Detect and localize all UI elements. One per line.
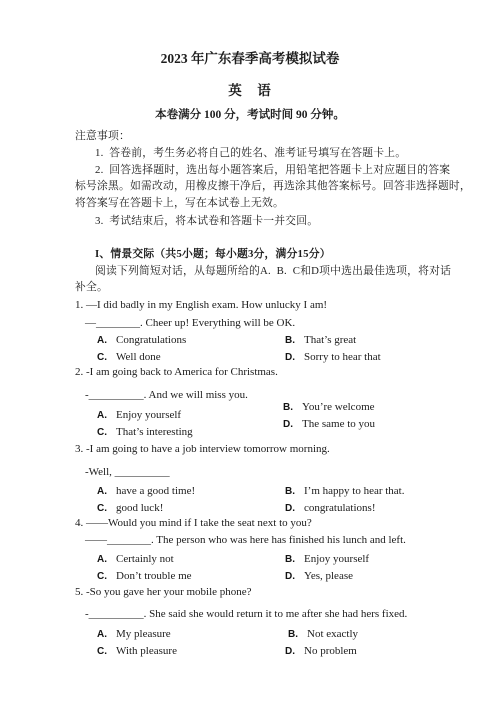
q1-option-a-letter: A.	[97, 334, 110, 347]
q1-option-d-letter: D.	[285, 351, 298, 364]
q5-option-c-letter: C.	[97, 645, 110, 658]
exam-page: 2023 年广东春季高考模拟试卷 英 语 本卷满分 100 分，考试时间 90 …	[0, 0, 500, 707]
q5-option-b-text: Not exactly	[307, 628, 358, 640]
q3-option-a: A.have a good time!	[97, 483, 195, 498]
q4-option-d: D.Yes, please	[285, 568, 353, 583]
q5-option-b: B.Not exactly	[288, 626, 358, 641]
q5-option-d-text: No problem	[304, 645, 357, 657]
q3-blank-line: -Well, __________	[85, 466, 170, 479]
q2-option-d: D.The same to you	[283, 416, 375, 431]
q1-option-a-text: Congratulations	[116, 334, 186, 346]
q4-option-d-letter: D.	[285, 570, 298, 583]
q5-option-d-letter: D.	[285, 645, 298, 658]
q2-option-b-text: You’re welcome	[302, 401, 375, 413]
notice-heading: 注意事项：	[75, 130, 130, 143]
q4-option-c-text: Don’t trouble me	[116, 570, 192, 582]
page-title: 2023 年广东春季高考模拟试卷	[0, 52, 500, 65]
section-instruction-line-2: 补全。	[75, 281, 108, 294]
notice-line-2-cont: 标号涂黑。如需改动，用橡皮擦干净后，再选涂其他答案标号。回答非选择题时，	[75, 180, 471, 193]
q2-option-b: B.You’re welcome	[283, 399, 375, 414]
section-heading: I、情景交际（共5小题；每小题3分，满分15分）	[95, 248, 331, 261]
q2-option-c: C.That’s interesting	[97, 424, 193, 439]
q5-option-b-letter: B.	[288, 628, 301, 641]
q2-option-c-text: That’s interesting	[116, 426, 193, 438]
exam-info: 本卷满分 100 分，考试时间 90 分钟。	[0, 109, 500, 122]
q1-blank-line: —________. Cheer up! Everything will be …	[85, 317, 295, 330]
q2-option-d-text: The same to you	[302, 418, 375, 430]
notice-line-2-cont2: 将答案写在答题卡上，写在本试卷上无效。	[75, 197, 284, 210]
q3-option-b-text: I’m happy to hear that.	[304, 485, 405, 497]
q4-option-a: A.Certainly not	[97, 551, 174, 566]
subject-title: 英 语	[0, 84, 500, 97]
notice-line-1: 1. 答卷前，考生务必将自己的姓名、准考证号填写在答题卡上。	[95, 147, 406, 160]
q3-option-c-text: good luck!	[116, 502, 163, 514]
q2-option-a-letter: A.	[97, 409, 110, 422]
notice-line-3: 3. 考试结束后，将本试卷和答题卡一并交回。	[95, 215, 318, 228]
q1-option-c-letter: C.	[97, 351, 110, 364]
q1-option-b: B.That’s great	[285, 332, 356, 347]
q2-blank-line: -__________. And we will miss you.	[85, 389, 248, 402]
q1-option-b-text: That’s great	[304, 334, 356, 346]
q4-option-a-letter: A.	[97, 553, 110, 566]
q5-option-c: C.With pleasure	[97, 643, 177, 658]
q2-option-b-letter: B.	[283, 401, 296, 414]
q3-option-c: C.good luck!	[97, 500, 163, 515]
q1-option-d: D.Sorry to hear that	[285, 349, 381, 364]
q4-option-c-letter: C.	[97, 570, 110, 583]
q3-option-d-text: congratulations!	[304, 502, 375, 514]
q2-option-d-letter: D.	[283, 418, 296, 431]
q4-option-d-text: Yes, please	[304, 570, 353, 582]
q5-option-a: A.My pleasure	[97, 626, 171, 641]
q5-blank-line: -__________. She said she would return i…	[85, 608, 407, 621]
notice-line-2: 2. 回答选择题时，选出每小题答案后，用铅笔把答题卡上对应题目的答案	[95, 164, 450, 177]
q3-stem: 3. -I am going to have a job interview t…	[75, 443, 330, 456]
q3-option-d-letter: D.	[285, 502, 298, 515]
q4-blank-line: ——________. The person who was here has …	[85, 534, 406, 547]
q2-option-a-text: Enjoy yourself	[116, 409, 181, 421]
q3-option-a-letter: A.	[97, 485, 110, 498]
q1-option-c-text: Well done	[116, 351, 161, 363]
q2-option-a: A.Enjoy yourself	[97, 407, 181, 422]
q3-option-d: D.congratulations!	[285, 500, 375, 515]
q4-option-b: B.Enjoy yourself	[285, 551, 369, 566]
q1-stem: 1. —I did badly in my English exam. How …	[75, 299, 327, 312]
q5-option-d: D.No problem	[285, 643, 357, 658]
q3-option-c-letter: C.	[97, 502, 110, 515]
q5-stem: 5. -So you gave her your mobile phone?	[75, 586, 252, 599]
q5-option-a-letter: A.	[97, 628, 110, 641]
q4-option-c: C.Don’t trouble me	[97, 568, 192, 583]
q1-option-d-text: Sorry to hear that	[304, 351, 381, 363]
q3-option-b-letter: B.	[285, 485, 298, 498]
q1-option-b-letter: B.	[285, 334, 298, 347]
q4-stem: 4. ——Would you mind if I take the seat n…	[75, 517, 312, 530]
q4-option-a-text: Certainly not	[116, 553, 174, 565]
section-instruction-line-1: 阅读下列简短对话，从每题所给的A. B. C和D项中选出最佳选项，将对话	[95, 265, 451, 278]
q1-option-c: C.Well done	[97, 349, 161, 364]
q3-option-a-text: have a good time!	[116, 485, 195, 497]
q3-option-b: B.I’m happy to hear that.	[285, 483, 405, 498]
q4-option-b-text: Enjoy yourself	[304, 553, 369, 565]
q1-option-a: A.Congratulations	[97, 332, 186, 347]
q2-option-c-letter: C.	[97, 426, 110, 439]
q5-option-a-text: My pleasure	[116, 628, 171, 640]
q2-stem: 2. -I am going back to America for Chris…	[75, 366, 278, 379]
q4-option-b-letter: B.	[285, 553, 298, 566]
q5-option-c-text: With pleasure	[116, 645, 177, 657]
